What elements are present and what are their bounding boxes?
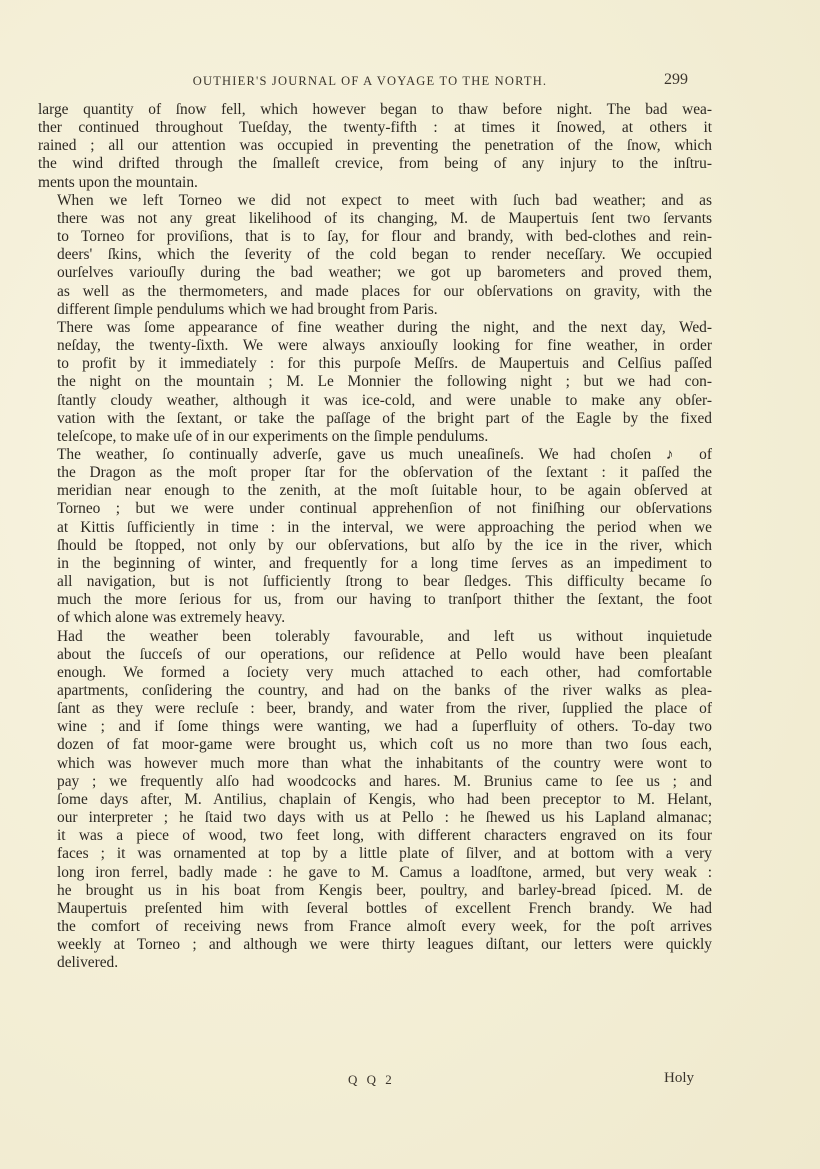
text-line: the wind drifted through the ſmalleſt cr… (38, 155, 712, 173)
text-line: ſant as they were recluſe : beer, brandy… (38, 700, 712, 718)
text-line: there was not any great likelihood of it… (38, 210, 712, 228)
text-line: dozen of fat moor-game were brought us, … (38, 736, 712, 754)
text-line: in the beginning of winter, and frequent… (38, 555, 712, 573)
signature-mark: Q Q 2 (348, 1072, 395, 1088)
text-line: ments upon the mountain. (38, 174, 712, 192)
book-page: OUTHIER's JOURNAL OF A VOYAGE TO THE NOR… (0, 0, 820, 1169)
running-head: OUTHIER's JOURNAL OF A VOYAGE TO THE NOR… (150, 74, 590, 89)
text-line: to profit by it immediately : for this p… (38, 355, 712, 373)
text-line: ſhould be ſtopped, not only by our obſer… (38, 537, 712, 555)
text-line: weekly at Torneo ; and although we were … (38, 936, 712, 954)
text-line: about the ſucceſs of our operations, our… (38, 646, 712, 664)
text-line: the comfort of receiving news from Franc… (38, 918, 712, 936)
body-text: large quantity of ſnow fell, which howev… (38, 101, 712, 973)
text-line: pay ; we frequently alſo had woodcocks a… (38, 773, 712, 791)
text-line: wine ; and if ſome things were wanting, … (38, 718, 712, 736)
text-line: of which alone was extremely heavy. (38, 609, 712, 627)
text-line: ther continued throughout Tueſday, the t… (38, 119, 712, 137)
text-line: long iron ferrel, badly made : he gave t… (38, 864, 712, 882)
text-line: vation with the ſextant, or take the paſ… (38, 410, 712, 428)
text-line: rained ; all our attention was occupied … (38, 137, 712, 155)
text-line: faces ; it was ornamented at top by a li… (38, 845, 712, 863)
text-line: at Kittis ſufficiently in time : in the … (38, 519, 712, 537)
text-line: all navigation, but is not ſufficiently … (38, 573, 712, 591)
text-line: meridian near enough to the zenith, at t… (38, 482, 712, 500)
text-line: much the more ſerious for us, from our h… (38, 591, 712, 609)
text-line: large quantity of ſnow fell, which howev… (38, 101, 712, 119)
text-line: as well as the thermometers, and made pl… (38, 283, 712, 301)
text-line: which was however much more than what th… (38, 755, 712, 773)
text-line: ſome days after, M. Antilius, chaplain o… (38, 791, 712, 809)
text-line: the night on the mountain ; M. Le Monnie… (38, 373, 712, 391)
text-line: deers' ſkins, which the ſeverity of the … (38, 246, 712, 264)
text-line: The weather, ſo continually adverſe, gav… (38, 446, 712, 464)
text-line: teleſcope, to make uſe of in our experim… (38, 428, 712, 446)
text-line: apartments, conſidering the country, and… (38, 682, 712, 700)
text-line: he brought us in his boat from Kengis be… (38, 882, 712, 900)
text-line: ſtantly cloudy weather, although it was … (38, 392, 712, 410)
text-line: Torneo ; but we were under continual app… (38, 500, 712, 518)
paragraph: The weather, ſo continually adverſe, gav… (38, 446, 712, 628)
text-line: neſday, the twenty-ſixth. We were always… (38, 337, 712, 355)
page-number: 299 (664, 71, 688, 89)
text-line: the Dragon as the moſt proper ſtar for t… (38, 464, 712, 482)
paragraph: When we left Torneo we did not expect to… (38, 192, 712, 319)
text-line: There was ſome appearance of fine weathe… (38, 319, 712, 337)
page-footer: Q Q 2 Holy (0, 1072, 820, 1092)
text-line: enough. We formed a ſociety very much at… (38, 664, 712, 682)
text-line: Maupertuis preſented him with ſeveral bo… (38, 900, 712, 918)
catchword: Holy (664, 1070, 694, 1087)
paragraph: Had the weather been tolerably favourabl… (38, 628, 712, 973)
text-line: it was a piece of wood, two feet long, w… (38, 827, 712, 845)
text-line: our interpreter ; he ſtaid two days with… (38, 809, 712, 827)
text-line: When we left Torneo we did not expect to… (38, 192, 712, 210)
text-line: Had the weather been tolerably favourabl… (38, 628, 712, 646)
text-line: delivered. (38, 954, 712, 972)
paragraph: large quantity of ſnow fell, which howev… (38, 101, 712, 192)
text-line: different ſimple pendulums which we had … (38, 301, 712, 319)
text-line: to Torneo for proviſions, that is to ſay… (38, 228, 712, 246)
text-line: ourſelves variouſly during the bad weath… (38, 264, 712, 282)
paragraph: There was ſome appearance of fine weathe… (38, 319, 712, 446)
